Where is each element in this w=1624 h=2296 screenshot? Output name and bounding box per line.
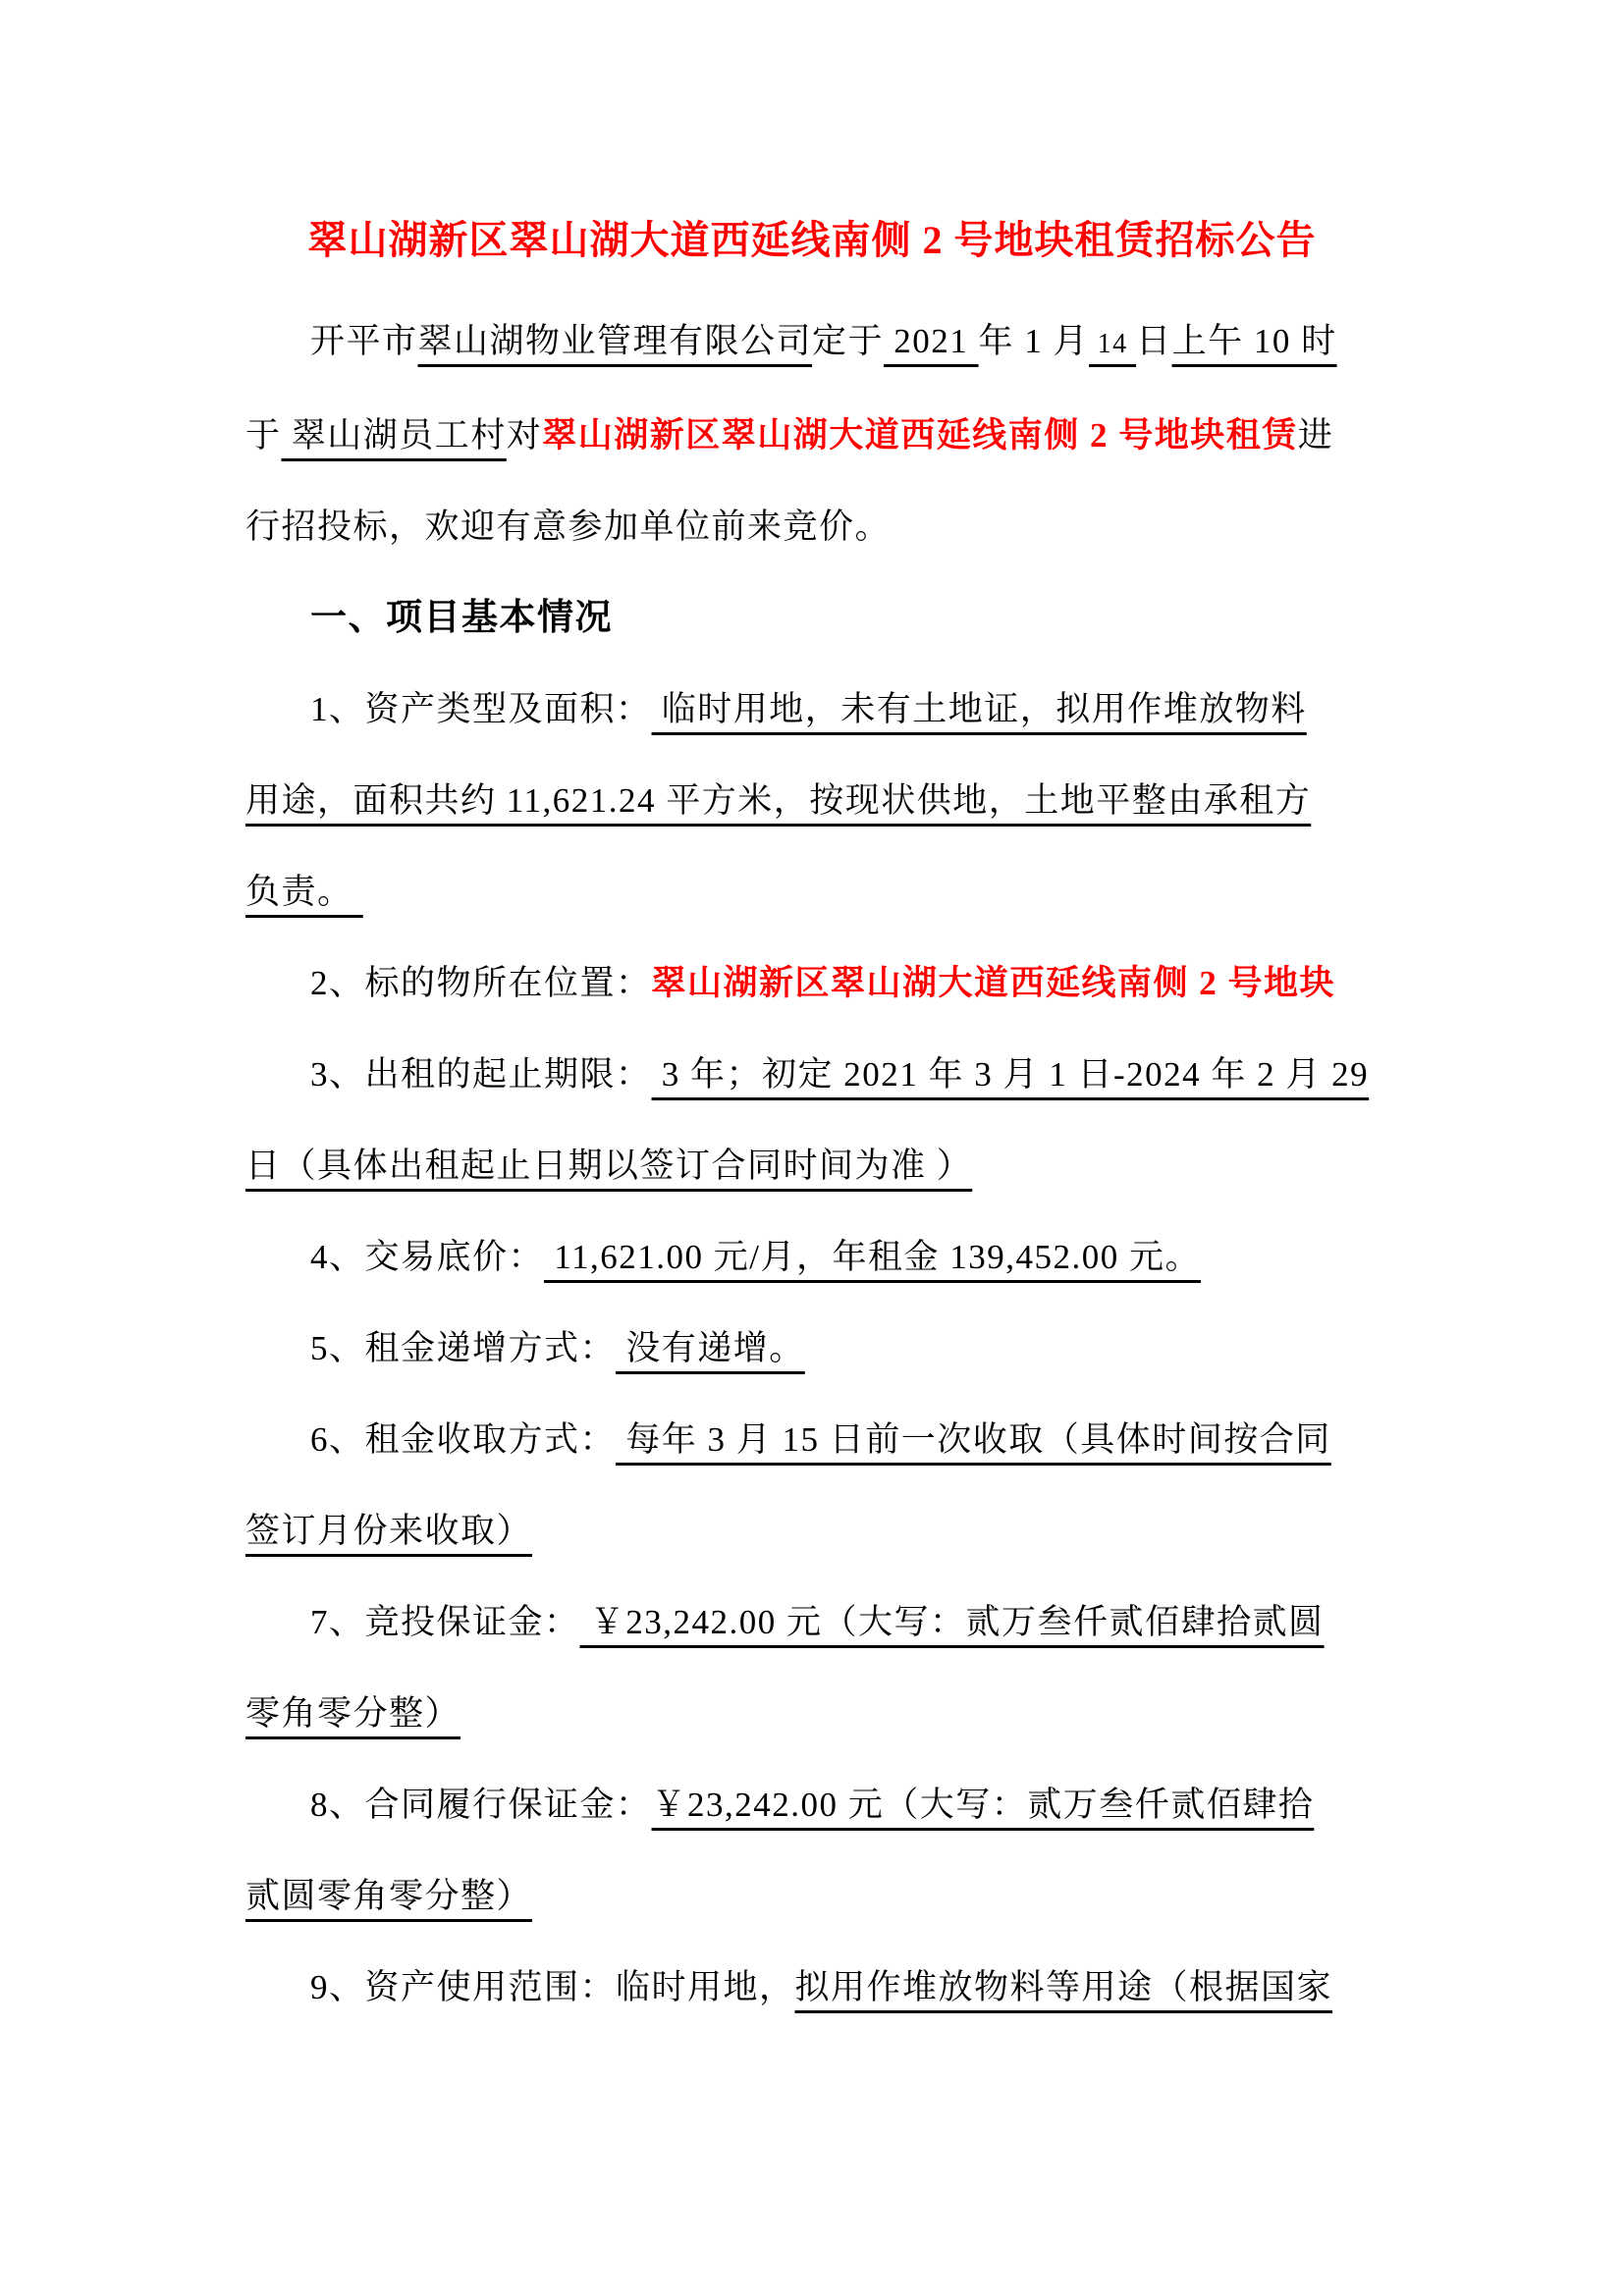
- doc-line-7: 负责。: [245, 846, 1379, 937]
- underlined-text: 11,621.00 元/月，年租金 139,452.00 元。: [544, 1238, 1201, 1276]
- doc-line-13: 6、租金收取方式： 每年 3 月 15 日前一次收取（具体时间按合同: [245, 1394, 1379, 1485]
- plain-text: 日: [1136, 322, 1172, 360]
- underlined-text: 3 年；初定 2021 年 3 月 1 日-2024 年 2 月 29: [652, 1055, 1370, 1094]
- plain-text: 5、租金递增方式：: [310, 1329, 616, 1367]
- underlined-text: 翠山湖物业管理有限公司: [418, 322, 813, 360]
- plain-text: 年 1 月: [979, 322, 1090, 360]
- plain-text: 进: [1298, 416, 1334, 454]
- red-highlight-text: 翠山湖新区翠山湖大道西延线南侧 2 号地块: [652, 964, 1336, 1002]
- underlined-text: 负责。: [245, 873, 363, 911]
- underlined-small-text: 14: [1089, 329, 1136, 359]
- doc-line-6: 用途，面积共约 11,621.24 平方米，按现状供地，土地平整由承租方: [245, 755, 1379, 846]
- plain-text: 6、租金收取方式：: [310, 1420, 616, 1459]
- underlined-text: 临时用地，未有土地证，拟用作堆放物料: [652, 690, 1307, 728]
- document-page: 翠山湖新区翠山湖大道西延线南侧 2 号地块租赁招标公告 开平市翠山湖物业管理有限…: [0, 0, 1624, 2296]
- plain-text: 开平市: [310, 322, 418, 360]
- plain-text: 7、竞投保证金：: [310, 1603, 580, 1641]
- document-content: 翠山湖新区翠山湖大道西延线南侧 2 号地块租赁招标公告 开平市翠山湖物业管理有限…: [245, 194, 1379, 2033]
- doc-line-4: 一、项目基本情况: [245, 572, 1379, 664]
- doc-line-19: 9、资产使用范围：临时用地，拟用作堆放物料等用途（根据国家: [245, 1942, 1379, 2033]
- doc-line-10: 日（具体出租起止日期以签订合同时间为准 ）: [245, 1120, 1379, 1211]
- doc-line-1: 开平市翠山湖物业管理有限公司定于 2021 年 1 月 14 日上午 10 时: [245, 295, 1379, 390]
- document-body: 开平市翠山湖物业管理有限公司定于 2021 年 1 月 14 日上午 10 时于…: [245, 295, 1379, 2033]
- plain-text: 8、合同履行保证金：: [310, 1786, 652, 1824]
- doc-line-3: 行招投标，欢迎有意参加单位前来竞价。: [245, 481, 1379, 572]
- underlined-text: 2021: [884, 322, 979, 360]
- underlined-text: 用途，面积共约 11,621.24 平方米，按现状供地，土地平整由承租方: [245, 781, 1311, 820]
- doc-line-8: 2、标的物所在位置：翠山湖新区翠山湖大道西延线南侧 2 号地块: [245, 937, 1379, 1029]
- doc-line-18: 贰圆零角零分整）: [245, 1850, 1379, 1942]
- plain-text: 行招投标，欢迎有意参加单位前来竞价。: [245, 507, 891, 546]
- doc-line-15: 7、竞投保证金： ￥23,242.00 元（大写：贰万叁仟贰佰肆拾贰圆: [245, 1576, 1379, 1668]
- underlined-text: 没有递增。: [616, 1329, 805, 1367]
- underlined-text: 每年 3 月 15 日前一次收取（具体时间按合同: [616, 1420, 1331, 1459]
- document-title: 翠山湖新区翠山湖大道西延线南侧 2 号地块租赁招标公告: [245, 194, 1379, 286]
- plain-text: 4、交易底价：: [310, 1238, 544, 1276]
- plain-text: 对: [507, 416, 543, 454]
- plain-text: 定于: [812, 322, 884, 360]
- underlined-text: 零角零分整）: [245, 1694, 460, 1733]
- underlined-text: 上午 10 时: [1172, 322, 1337, 360]
- plain-text: 3、出租的起止期限：: [310, 1055, 652, 1094]
- underlined-text: 签订月份来收取）: [245, 1512, 532, 1550]
- bold-text: 一、项目基本情况: [310, 598, 613, 638]
- doc-line-11: 4、交易底价： 11,621.00 元/月，年租金 139,452.00 元。: [245, 1211, 1379, 1303]
- underlined-text: 翠山湖员工村: [282, 416, 507, 454]
- plain-text: 2、标的物所在位置：: [310, 964, 652, 1002]
- plain-text: 9、资产使用范围：临时用地，: [310, 1968, 795, 2006]
- doc-line-5: 1、资产类型及面积： 临时用地，未有土地证，拟用作堆放物料: [245, 664, 1379, 755]
- plain-text: 1、资产类型及面积：: [310, 690, 652, 728]
- doc-line-17: 8、合同履行保证金：￥23,242.00 元（大写：贰万叁仟贰佰肆拾: [245, 1759, 1379, 1850]
- underlined-text: ￥23,242.00 元（大写：贰万叁仟贰佰肆拾贰圆: [580, 1603, 1325, 1641]
- doc-line-16: 零角零分整）: [245, 1668, 1379, 1759]
- plain-text: 于: [245, 416, 282, 454]
- doc-line-12: 5、租金递增方式： 没有递增。: [245, 1303, 1379, 1394]
- doc-line-14: 签订月份来收取）: [245, 1485, 1379, 1576]
- doc-line-9: 3、出租的起止期限： 3 年；初定 2021 年 3 月 1 日-2024 年 …: [245, 1029, 1379, 1120]
- underlined-text: ￥23,242.00 元（大写：贰万叁仟贰佰肆拾: [652, 1786, 1315, 1824]
- underlined-text: 日（具体出租起止日期以签订合同时间为准 ）: [245, 1147, 972, 1185]
- red-highlight-text: 翠山湖新区翠山湖大道西延线南侧 2 号地块租赁: [542, 416, 1298, 454]
- doc-line-2: 于 翠山湖员工村对翠山湖新区翠山湖大道西延线南侧 2 号地块租赁进: [245, 390, 1379, 481]
- underlined-text: 拟用作堆放物料等用途（根据国家: [795, 1968, 1333, 2006]
- underlined-text: 贰圆零角零分整）: [245, 1877, 532, 1915]
